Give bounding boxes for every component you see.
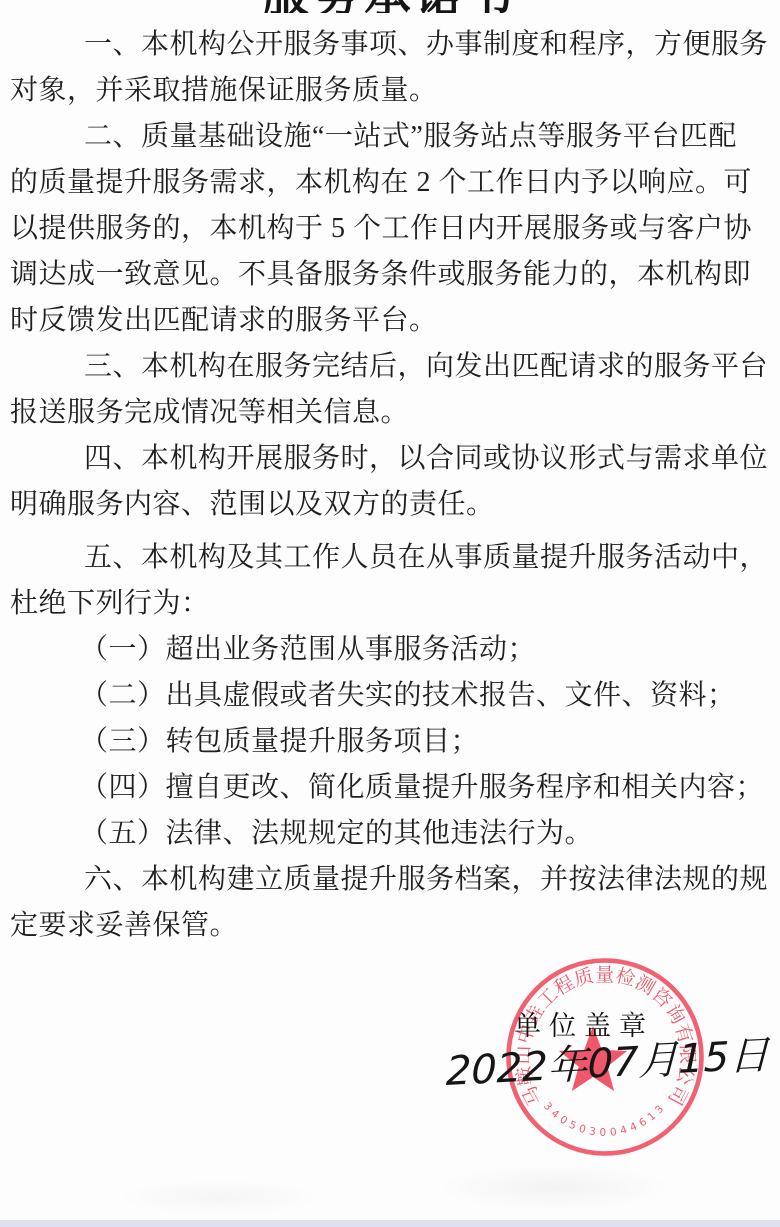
scan-smudge — [440, 1165, 670, 1210]
text-line: 明确服务内容、范围以及双方的责任。 — [10, 482, 760, 528]
seal-number-arc: 3405030044613 — [541, 1100, 669, 1139]
scan-bottom-edge — [0, 1220, 780, 1227]
text-line: 的质量提升服务需求，本机构在 2 个工作日内予以响应。可 — [10, 160, 760, 206]
seal-number-text: 3405030044613 — [541, 1100, 669, 1139]
document-body: 一、本机构公开服务事项、办事制度和程序，方便服务 对象，并采取措施保证服务质量。… — [0, 13, 780, 949]
list-item: （四）擅自更改、简化质量提升服务程序和相关内容； — [10, 765, 760, 811]
text-line: 以提供服务的，本机构于 5 个工作日内开展服务或与客户协 — [10, 206, 760, 252]
list-item: （二）出具虚假或者失实的技术报告、文件、资料； — [10, 673, 760, 719]
scan-smudge — [120, 1180, 320, 1215]
text-line: 三、本机构在服务完结后，向发出匹配请求的服务平台 — [10, 344, 760, 390]
list-item: （三）转包质量提升服务项目； — [10, 719, 760, 765]
text-line: 杜绝下列行为： — [10, 581, 760, 627]
text-line: 四、本机构开展服务时，以合同或协议形式与需求单位 — [10, 436, 760, 482]
document-title-clipped: 服务承诺书 — [0, 0, 780, 13]
text-line: 定要求妥善保管。 — [10, 903, 760, 949]
text-line: 二、质量基础设施“一站式”服务站点等服务平台匹配 — [10, 114, 760, 160]
text-line: 一、本机构公开服务事项、办事制度和程序，方便服务 — [10, 22, 760, 68]
scanned-document-page: 服务承诺书 一、本机构公开服务事项、办事制度和程序，方便服务 对象，并采取措施保… — [0, 0, 780, 1227]
text-line: 报送服务完成情况等相关信息。 — [10, 390, 760, 436]
text-line: 五、本机构及其工作人员在从事质量提升服务活动中， — [10, 535, 760, 581]
document-title: 服务承诺书 — [0, 0, 780, 13]
text-line: 时反馈发出匹配请求的服务平台。 — [10, 298, 760, 344]
list-item: （五）法律、法规规定的其他违法行为。 — [10, 811, 760, 857]
text-line: 对象，并采取措施保证服务质量。 — [10, 68, 760, 114]
text-line: 调达成一致意见。不具备服务条件或服务能力的，本机构即 — [10, 252, 760, 298]
text-line: 六、本机构建立质量提升服务档案，并按法律法规的规 — [10, 857, 760, 903]
list-item: （一）超出业务范围从事服务活动； — [10, 627, 760, 673]
